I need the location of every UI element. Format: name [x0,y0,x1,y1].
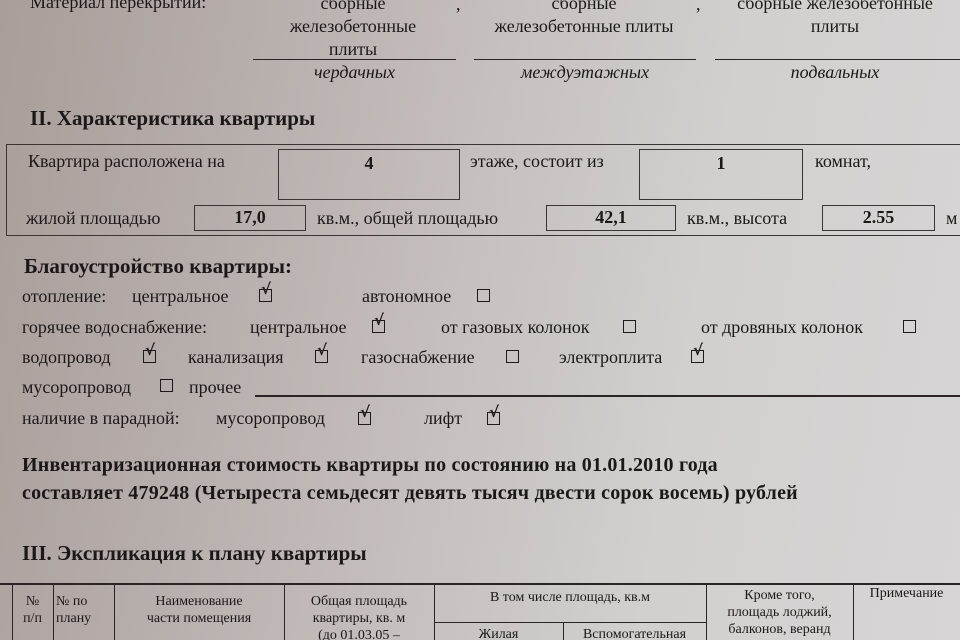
heating-autonomous-label: автономное [362,286,451,307]
living-area-field[interactable]: 17,0 [194,205,306,231]
hot-water-central-checkbox[interactable]: √ [372,320,385,333]
basement-line-1: сборные железобетонные [715,0,955,15]
hot-water-gas-checkbox[interactable] [623,320,636,333]
attic-line-1: сборные [253,0,453,15]
amenities-title: Благоустройство квартиры: [24,254,292,279]
entrance-label: наличие в парадной: [22,408,180,429]
hot-water-gas-label: от газовых колонок [441,317,590,338]
height-field[interactable]: 2.55 [822,205,935,231]
electric-stove-checkbox[interactable]: √ [691,350,704,363]
header-extra-line: площадь лоджий, [706,604,853,621]
check-icon: √ [489,405,499,420]
header-extra-line: балконов, веранд [706,621,853,638]
header-plan-num-line: плану [56,610,106,627]
header-room-name: Наименование части помещения [114,593,284,627]
header-extra: Кроме того, площадь лоджий, балконов, ве… [706,587,853,638]
attic-floor-value: сборные железобетонные плиты [253,0,453,61]
living-area-label: жилой площадью [26,208,160,229]
header-num: № п/п [12,593,53,627]
other-field[interactable] [255,395,960,397]
header-total-area-line: квартиры, кв. м [284,610,434,627]
rooms-suffix: комнат, [815,151,871,172]
interfloor-underline [474,59,696,60]
floors-label: Материал перекрытий: [30,0,206,13]
entrance-elevator-label: лифт [424,408,462,429]
sewerage-checkbox[interactable]: √ [315,350,328,363]
check-icon: √ [374,313,384,328]
header-living: Жилая [434,626,563,640]
basement-floor-value: сборные железобетонные плиты [715,0,955,38]
hot-water-wood-label: от дровяных колонок [701,317,863,338]
entrance-garbage-chute-checkbox[interactable]: √ [358,412,371,425]
rooms-field[interactable]: 1 [639,149,803,200]
hot-water-label: горячее водоснабжение: [22,317,207,338]
header-total-area: Общая площадь квартиры, кв. м (до 01.03.… [284,593,434,640]
total-area-field[interactable]: 42,1 [546,205,676,231]
separator-comma: , [456,0,461,15]
sewerage-label: канализация [188,347,284,368]
table-top-border [0,583,960,585]
water-supply-checkbox[interactable]: √ [143,350,156,363]
header-including: В том числе площадь, кв.м [434,589,706,606]
basement-line-2: плиты [715,15,955,38]
attic-caption: чердачных [253,62,456,83]
total-area-label: кв.м., общей площадью [317,208,498,229]
basement-caption: подвальных [715,62,955,83]
header-num-line: п/п [12,610,53,627]
heating-label: отопление: [22,286,106,307]
height-unit: м [946,208,957,229]
subheader-border [434,622,706,623]
header-room-name-line: части помещения [114,610,284,627]
entrance-elevator-checkbox[interactable]: √ [487,412,500,425]
rooms-label: этаже, состоит из [470,151,604,172]
check-icon: √ [261,282,271,297]
water-supply-label: водопровод [22,347,111,368]
floor-label: Квартира расположена на [28,151,225,172]
valuation-line-1: Инвентаризационная стоимость квартиры по… [22,454,718,477]
header-plan-num-line: № по [56,593,106,610]
entrance-garbage-chute-label: мусоропровод [216,408,325,429]
interfloor-line-1: сборные [474,0,694,15]
heating-central-label: центральное [132,286,229,307]
valuation-line-2: составляет 479248 (Четыреста семьдесят д… [22,482,798,505]
check-icon: √ [693,343,703,358]
section2-title: II. Характеристика квартиры [30,106,315,131]
hot-water-wood-checkbox[interactable] [903,320,916,333]
heating-autonomous-checkbox[interactable] [477,289,490,302]
electric-stove-label: электроплита [559,347,662,368]
attic-line-3: плиты [253,38,453,61]
floor-field[interactable]: 4 [278,149,460,200]
section3-title: III. Экспликация к плану квартиры [22,541,367,566]
header-auxiliary: Вспомогательная [563,626,706,640]
attic-underline [253,59,456,60]
attic-line-2: железобетонные [253,15,453,38]
header-room-name-line: Наименование [114,593,284,610]
gas-supply-checkbox[interactable] [506,350,519,363]
garbage-chute-checkbox[interactable] [160,379,173,392]
interfloor-line-2: железобетонные плиты [474,15,694,38]
garbage-chute-label: мусоропровод [22,377,131,398]
basement-underline [715,59,960,60]
check-icon: √ [360,405,370,420]
col-border [53,583,54,640]
header-num-line: № [12,593,53,610]
other-label: прочее [189,377,241,398]
header-extra-line: Кроме того, [706,587,853,604]
header-total-area-line: (до 01.03.05 – [284,627,434,640]
separator-comma: , [696,0,701,15]
header-plan-num: № по плану [56,593,106,627]
interfloor-value: сборные железобетонные плиты [474,0,694,38]
interfloor-caption: междуэтажных [474,62,696,83]
check-icon: √ [145,343,155,358]
header-note: Примечание [853,585,960,602]
heating-central-checkbox[interactable]: √ [259,289,272,302]
height-label: кв.м., высота [687,208,787,229]
check-icon: √ [317,343,327,358]
gas-supply-label: газоснабжение [361,347,475,368]
hot-water-central-label: центральное [250,317,347,338]
header-total-area-line: Общая площадь [284,593,434,610]
